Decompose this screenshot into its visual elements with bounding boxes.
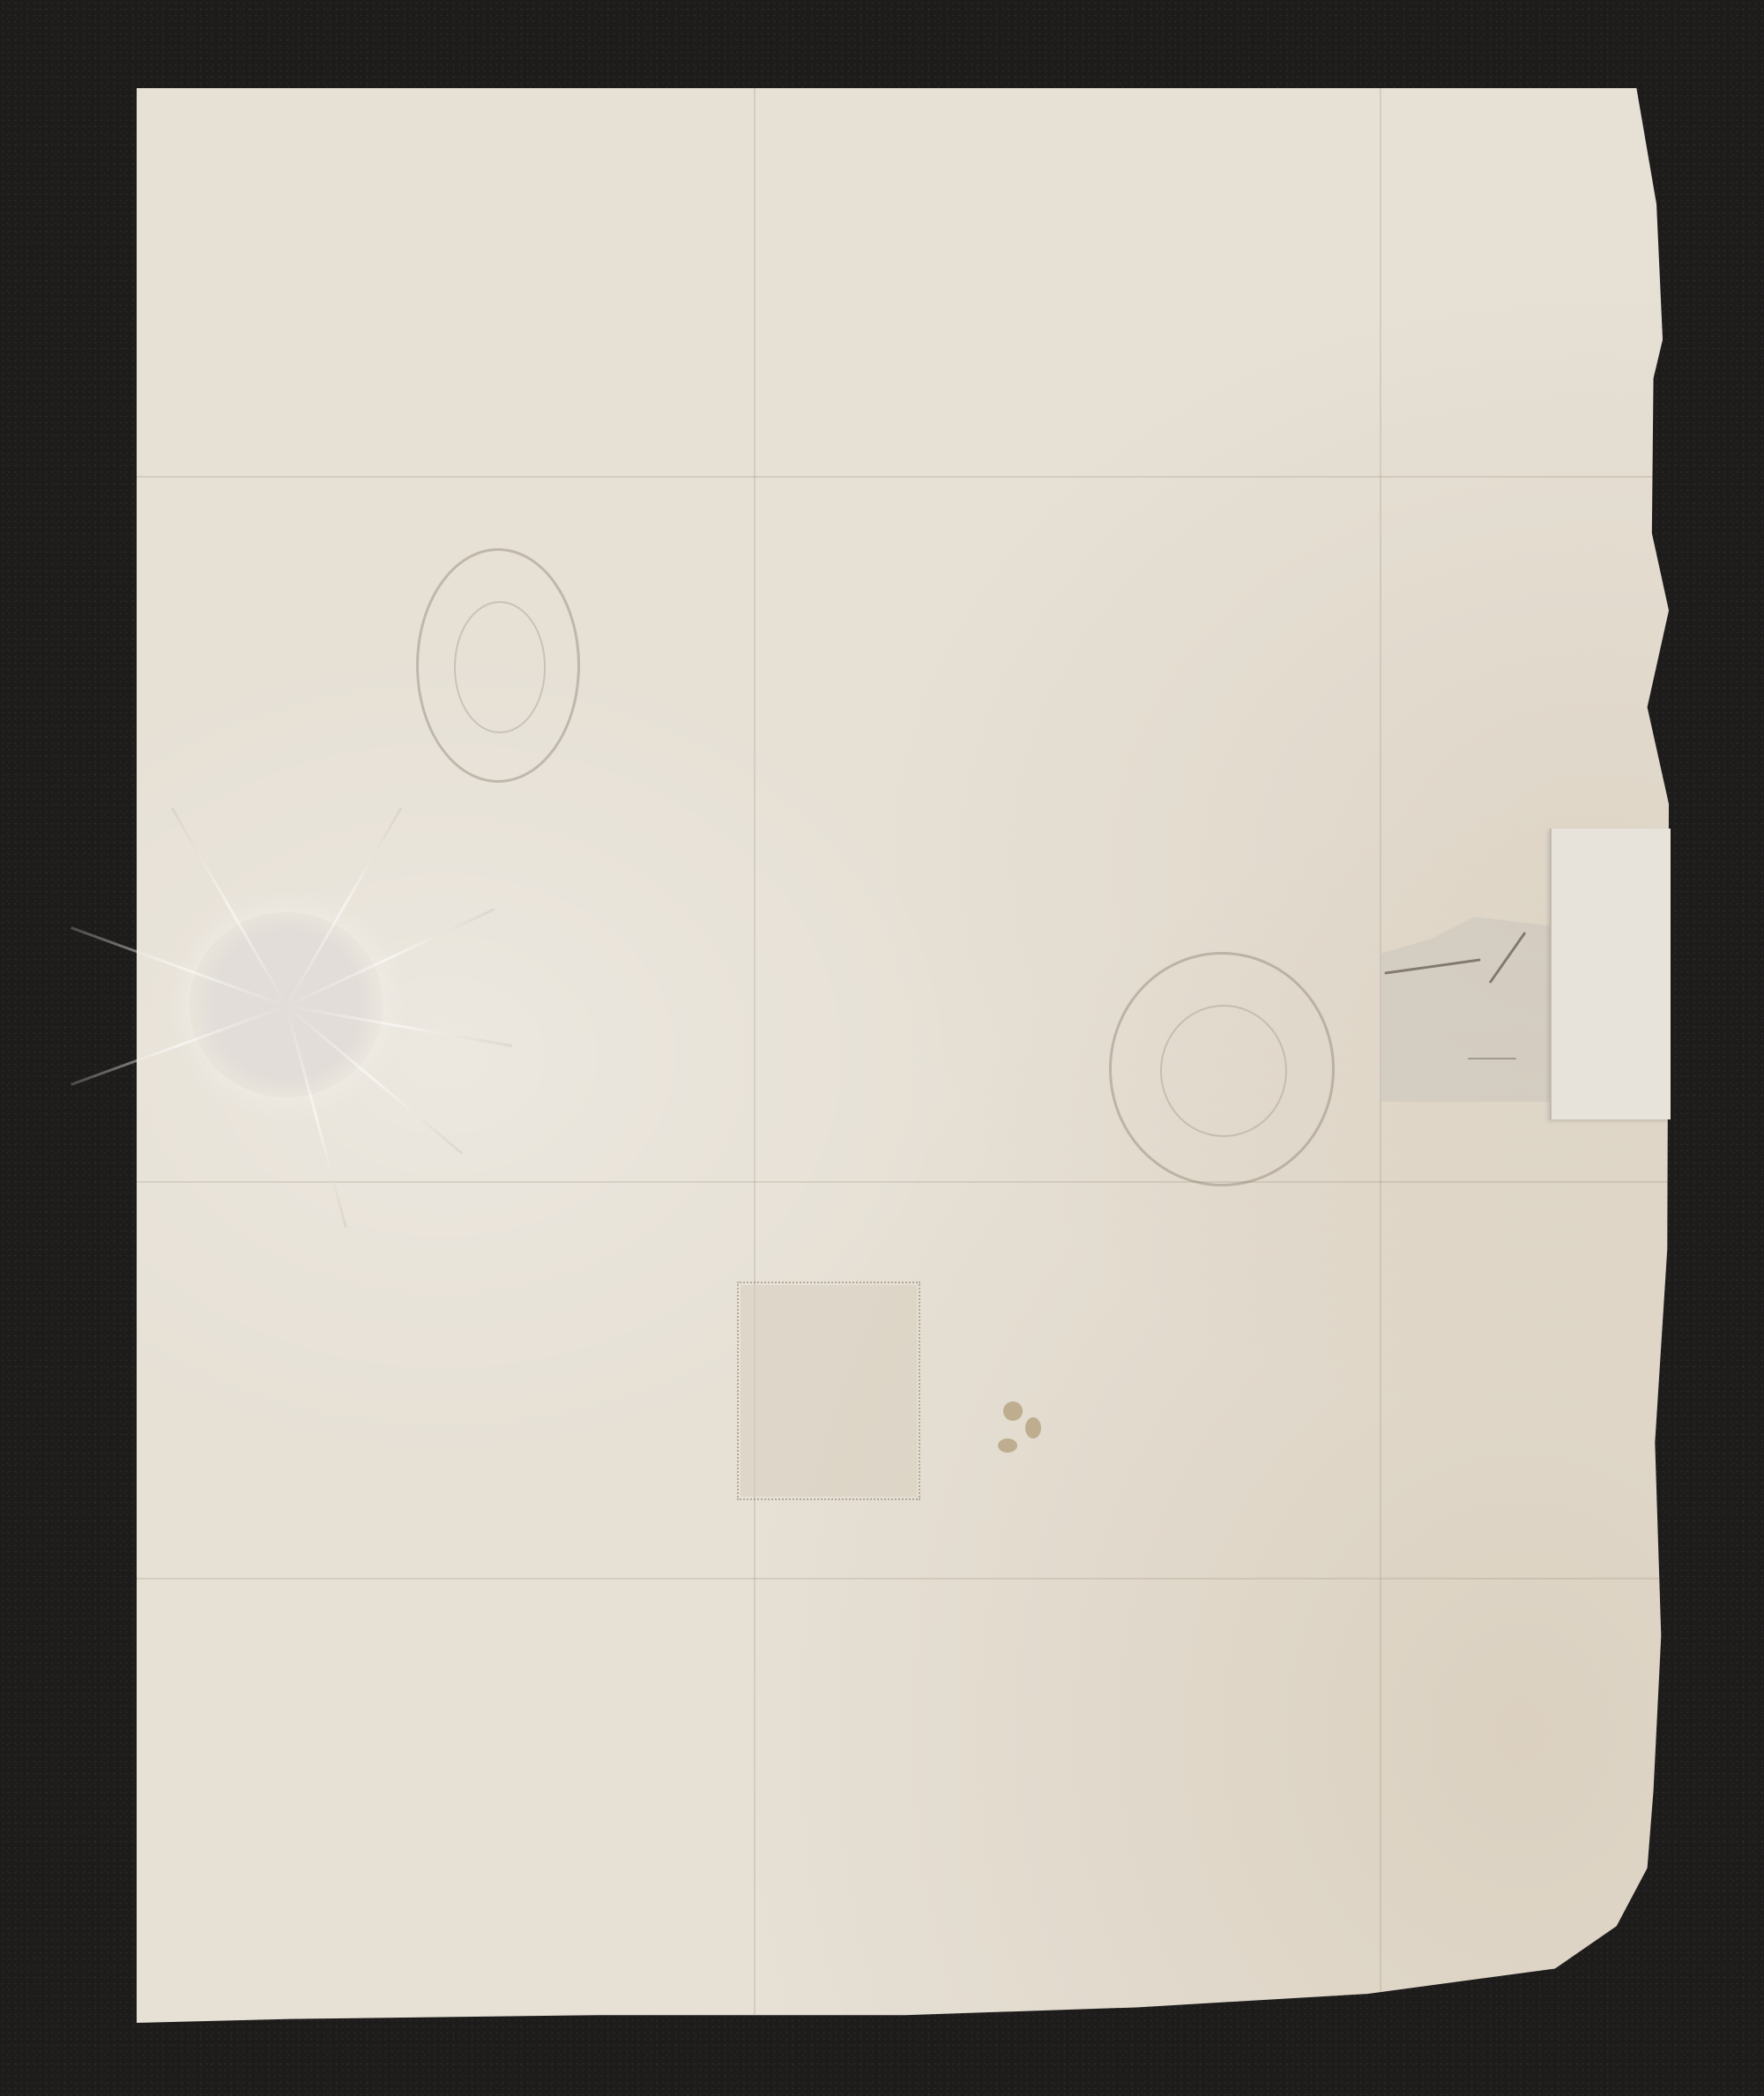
fold-line-upper: [137, 476, 1675, 478]
postmark-upper-left: [416, 548, 580, 783]
fold-line-lower: [137, 1578, 1675, 1579]
stamp-impression: [741, 1285, 917, 1497]
stain: [1025, 1417, 1041, 1438]
stain: [1003, 1401, 1023, 1421]
fold-line-middle: [137, 1181, 1675, 1183]
stain: [998, 1438, 1017, 1453]
fold-line-vertical-left: [754, 88, 755, 2023]
postmark-center-right: [1109, 952, 1335, 1186]
stamp-stub: [1550, 829, 1671, 1119]
handwriting-fragment: [1468, 1058, 1516, 1059]
